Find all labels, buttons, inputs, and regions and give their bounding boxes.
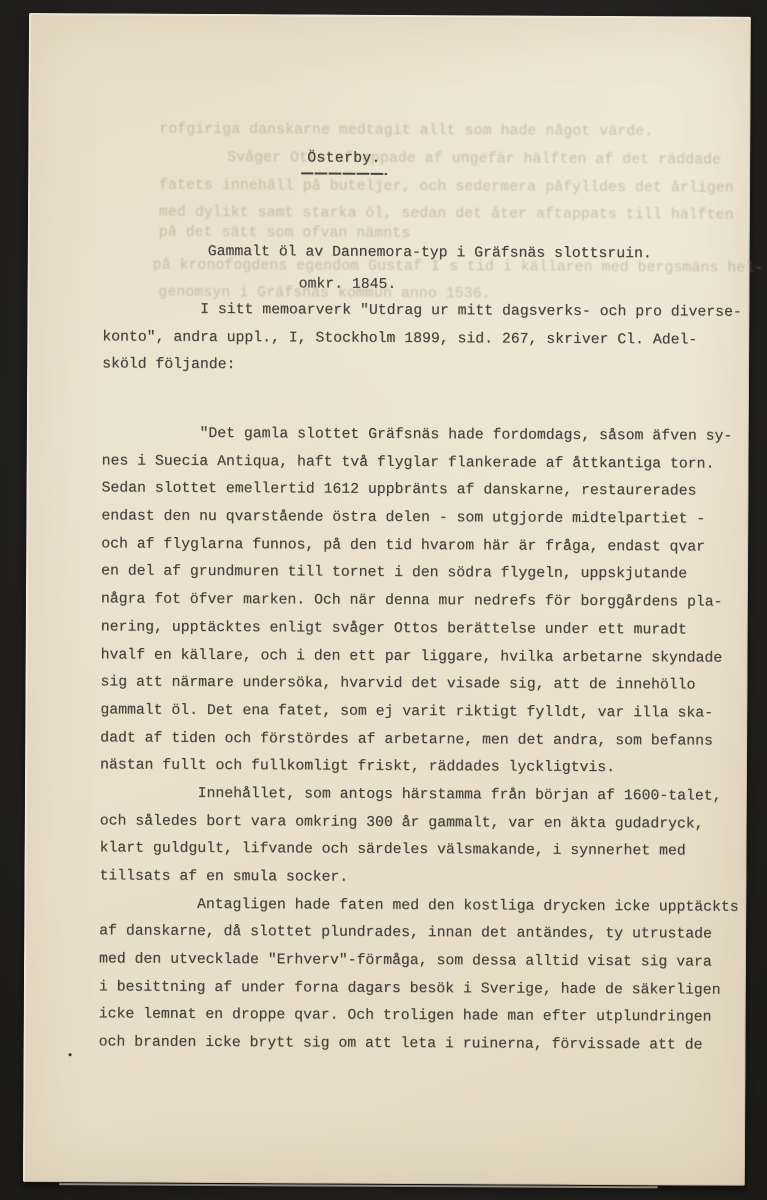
heading-underline: [301, 172, 387, 174]
text-line: gammalt öl. Det ena fatet, som ej varit …: [100, 697, 739, 728]
body-text: "Det gamla slottet Gräfsnäs hade fordomd…: [99, 420, 742, 1060]
text-line: nästan fullt och fullkomligt friskt, räd…: [100, 753, 739, 784]
scanner-background: rofgiriga danskarne medtagit allt som ha…: [0, 0, 767, 1200]
text-line: Antagligen hade faten med den kostliga d…: [99, 891, 738, 922]
text-line: klart guldgult, lifvande och särdeles vä…: [100, 836, 739, 867]
text-line: med den utvecklade "Erhverv"-förmåga, so…: [99, 946, 738, 977]
text-line: sköld följande:: [102, 352, 741, 383]
text-line: af danskarne, då slottet plundrades, inn…: [99, 919, 738, 950]
text-line: endast den nu qvarstående östra delen - …: [101, 503, 740, 534]
page-heading: Österby.: [307, 148, 381, 168]
ink-speck: [69, 1053, 72, 1056]
text-line: Sedan slottet emellertid 1612 uppbränts …: [101, 476, 740, 507]
document-title: Gammalt öl av Dannemora-typ i Gräfsnäs s…: [208, 242, 652, 264]
intro-paragraph: I sitt memoarverk "Utdrag ur mitt dagsve…: [102, 296, 742, 382]
text-line: i besittning af under forna dagars besök…: [99, 974, 738, 1005]
text-line: icke lemnat en droppe qvar. Och troligen…: [99, 1002, 738, 1033]
text-line: några fot öfver marken. Och när denna mu…: [101, 587, 740, 618]
document-subtitle: omkr. 1845.: [299, 274, 397, 295]
text-line: och branden icke brytt sig om att leta i…: [99, 1030, 738, 1061]
text-line: nering, upptäcktes enligt svåger Ottos b…: [101, 614, 740, 645]
ghost-text-line: rofgiriga danskarne medtagit allt som ha…: [159, 120, 653, 143]
text-line: nes i Suecia Antiqua, haft två flyglar f…: [102, 448, 741, 479]
text-line: dadt af tiden och förstördes af arbetarn…: [100, 725, 739, 756]
bleed-through-text: rofgiriga danskarne medtagit allt som ha…: [29, 13, 751, 17]
text-line: tillsats af en smula socker.: [99, 863, 738, 894]
text-line: en del af grundmuren till tornet i den s…: [101, 559, 740, 590]
document-page: rofgiriga danskarne medtagit allt som ha…: [23, 13, 751, 1186]
text-line: och af flyglarna funnos, på den tid hvar…: [101, 531, 740, 562]
ghost-text-line: Svåger Otto aftappade af ungefär hälften…: [227, 148, 721, 171]
text-line: Innehållet, som antogs härstamma från bö…: [100, 780, 739, 811]
text-line: I sitt memoarverk "Utdrag ur mitt dagsve…: [102, 296, 741, 327]
text-line: konto", andra uppl., I, Stockholm 1899, …: [102, 324, 741, 355]
text-line: hvalf en källare, och i den ett par ligg…: [101, 642, 740, 673]
ghost-text-line: på det sätt som ofvan nämnts: [159, 223, 411, 244]
text-line: "Det gamla slottet Gräfsnäs hade fordomd…: [102, 420, 741, 451]
text-line: sig att närmare undersöka, hvarvid det v…: [100, 670, 739, 701]
text-line: och således bort vara omkring 300 år gam…: [100, 808, 739, 839]
ghost-text-line: fatets innehåll på buteljer, och sederme…: [159, 176, 734, 199]
